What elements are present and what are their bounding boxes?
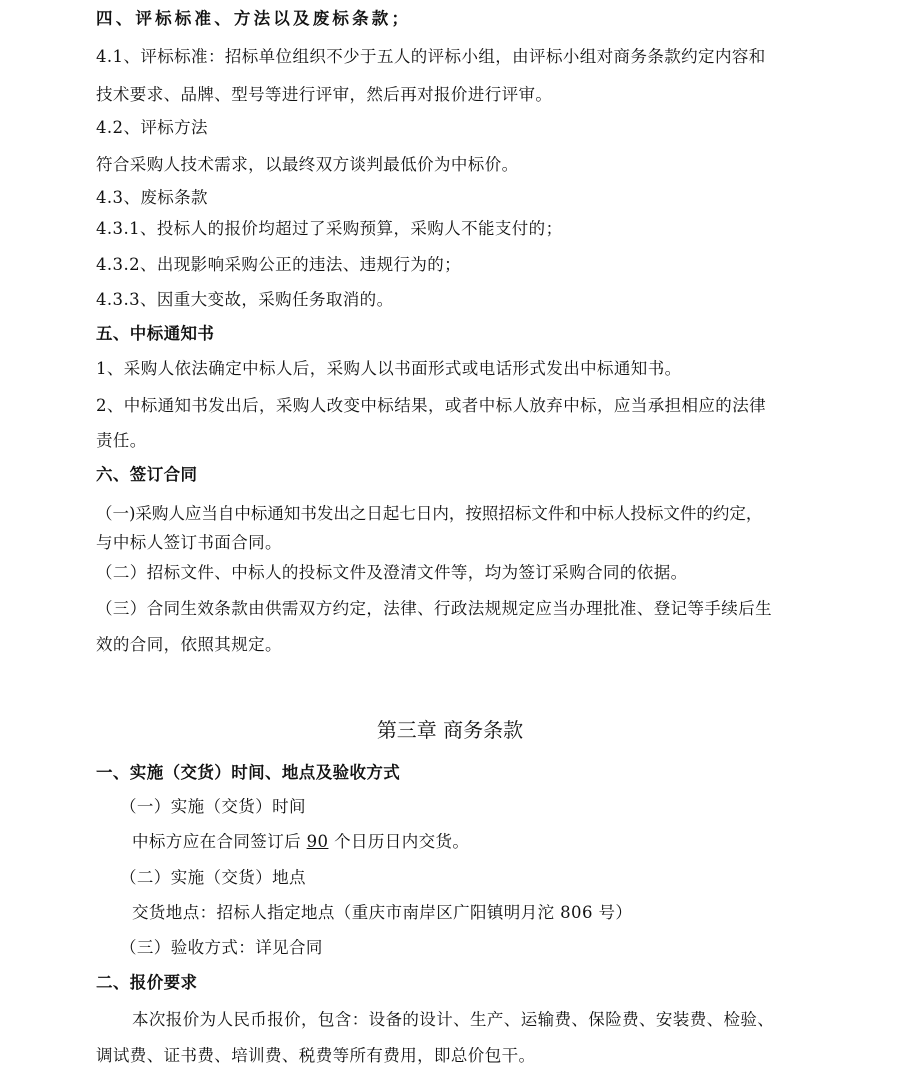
- section-5-item-2-line-2: 责任。: [96, 430, 147, 452]
- section-4-1-line-1: 4.1、评标标准：招标单位组织不少于五人的评标小组，由评标小组对商务条款约定内容…: [96, 46, 766, 68]
- section-6-item-1-line-2: 与中标人签订书面合同。: [96, 532, 282, 554]
- section-4-1-line-2: 技术要求、品牌、型号等进行评审，然后再对报价进行评审。: [96, 84, 552, 106]
- document-page: 四、评标标准、方法以及废标条款； 4.1、评标标准：招标单位组织不少于五人的评标…: [0, 0, 900, 1071]
- acceptance-method: （三）验收方式：详见合同: [120, 937, 323, 959]
- section-4-2-title: 4.2、评标方法: [96, 117, 208, 139]
- section-6-item-3-line-1: （三）合同生效条款由供需双方约定，法律、行政法规规定应当办理批准、登记等手续后生: [96, 598, 772, 620]
- delivery-time-text-post: 个日历日内交货。: [334, 832, 469, 851]
- section-6-heading: 六、签订合同: [96, 464, 197, 486]
- delivery-time-text-pre: 中标方应在合同签订后: [132, 832, 301, 851]
- delivery-time-title: （一）实施（交货）时间: [120, 796, 306, 818]
- section-4-3-1: 4.3.1、投标人的报价均超过了采购预算，采购人不能支付的；: [96, 218, 562, 240]
- delivery-place-text: 交货地点：招标人指定地点（重庆市南岸区广阳镇明月沱 806 号）: [132, 902, 632, 924]
- section-6-item-3-line-2: 效的合同，依照其规定。: [96, 634, 282, 656]
- pricing-text-line-1: 本次报价为人民币报价，包含：设备的设计、生产、运输费、保险费、安装费、检验、: [132, 1009, 774, 1031]
- section-5-heading: 五、中标通知书: [96, 323, 214, 345]
- delivery-days: 90: [307, 832, 329, 851]
- section-4-3-3: 4.3.3、因重大变故，采购任务取消的。: [96, 289, 393, 311]
- chapter-3-part-2-heading: 二、报价要求: [96, 972, 197, 994]
- section-5-item-1: 1、采购人依法确定中标人后，采购人以书面形式或电话形式发出中标通知书。: [96, 358, 682, 380]
- chapter-title: 第三章 商务条款: [0, 717, 900, 743]
- section-5-item-2-line-1: 2、中标通知书发出后，采购人改变中标结果，或者中标人放弃中标，应当承担相应的法律: [96, 395, 766, 417]
- section-4-2-text: 符合采购人技术需求，以最终双方谈判最低价为中标价。: [96, 154, 519, 176]
- section-6-item-1-line-1: （一)采购人应当自中标通知书发出之日起七日内，按照招标文件和中标人投标文件的约定…: [96, 503, 762, 525]
- section-4-3-2: 4.3.2、出现影响采购公正的违法、违规行为的；: [96, 254, 461, 276]
- section-4-3-title: 4.3、废标条款: [96, 187, 208, 209]
- chapter-3-part-1-heading: 一、实施（交货）时间、地点及验收方式: [96, 762, 400, 784]
- delivery-place-title: （二）实施（交货）地点: [120, 867, 306, 889]
- delivery-time-text: 中标方应在合同签订后 90 个日历日内交货。: [132, 831, 469, 853]
- pricing-text-line-2: 调试费、证书费、培训费、税费等所有费用，即总价包干。: [96, 1045, 535, 1067]
- section-6-item-2: （二）招标文件、中标人的投标文件及澄清文件等，均为签订采购合同的依据。: [96, 562, 688, 584]
- section-4-heading: 四、评标标准、方法以及废标条款；: [96, 8, 411, 30]
